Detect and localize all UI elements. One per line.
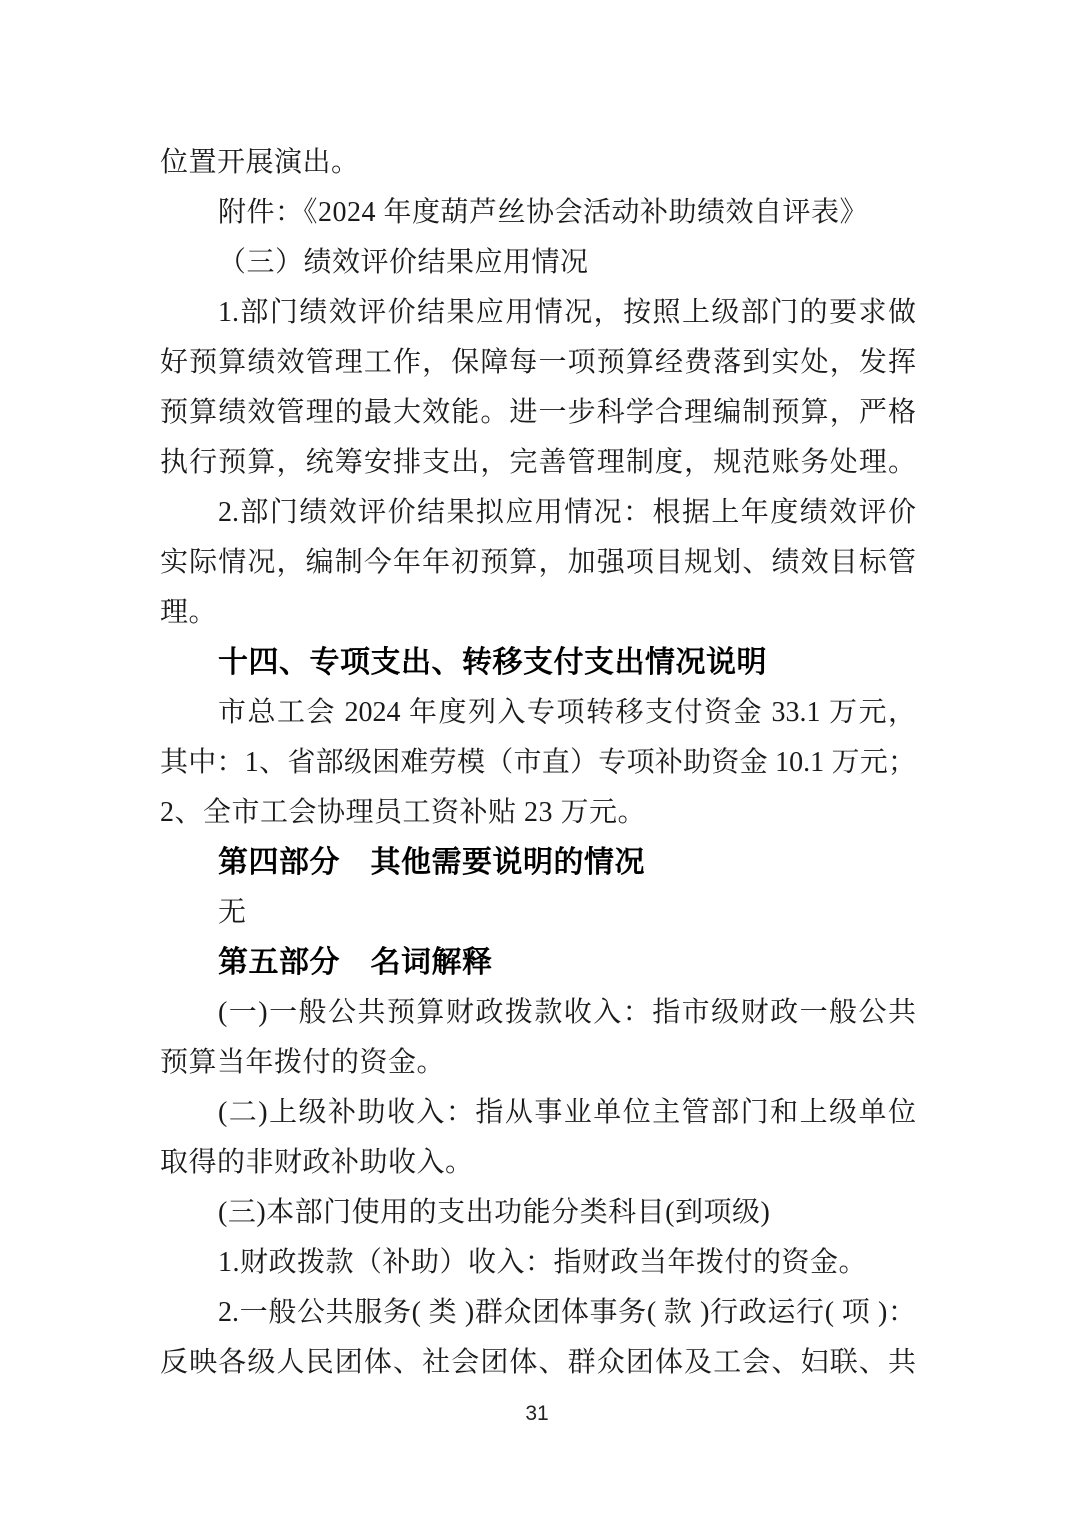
paragraph-line: 取得的非财政补助收入。 [160,1138,916,1188]
paragraph-line: (三)本部门使用的支出功能分类科目(到项级) [160,1188,916,1238]
paragraph-line: 执行预算，统筹安排支出，完善管理制度，规范账务处理。 [160,438,916,488]
heading-special-expenditure: 十四、专项支出、转移支付支出情况说明 [160,638,916,688]
paragraph-line: 好预算绩效管理工作，保障每一项预算经费落到实处，发挥 [160,338,916,388]
paragraph-line: (二)上级补助收入：指从事业单位主管部门和上级单位 [160,1088,916,1138]
paragraph-line: (一)一般公共预算财政拨款收入：指市级财政一般公共 [160,988,916,1038]
paragraph-line: 理。 [160,588,916,638]
document-body: 位置开展演出。 附件：《2024 年度葫芦丝协会活动补助绩效自评表》 （三）绩效… [160,138,916,1388]
page-number: 31 [0,1402,1074,1426]
paragraph-line: 1.部门绩效评价结果应用情况，按照上级部门的要求做 [160,288,916,338]
paragraph-line: 其中：1、省部级困难劳模（市直）专项补助资金 10.1 万元； [160,738,916,788]
paragraph-line: 实际情况，编制今年年初预算，加强项目规划、绩效目标管 [160,538,916,588]
attachment-reference-line: 附件：《2024 年度葫芦丝协会活动补助绩效自评表》 [160,188,916,238]
paragraph-line: 2、全市工会协理员工资补贴 23 万元。 [160,788,916,838]
subsection-heading-three: （三）绩效评价结果应用情况 [160,238,916,288]
paragraph-line: 反映各级人民团体、社会团体、群众团体及工会、妇联、共 [160,1338,916,1388]
paragraph-line: 预算当年拨付的资金。 [160,1038,916,1088]
document-page: 位置开展演出。 附件：《2024 年度葫芦丝协会活动补助绩效自评表》 （三）绩效… [0,0,1074,1520]
paragraph-line: 预算绩效管理的最大效能。进一步科学合理编制预算，严格 [160,388,916,438]
heading-part-four: 第四部分 其他需要说明的情况 [160,838,916,888]
paragraph-line-none: 无 [160,888,916,938]
heading-part-five: 第五部分 名词解释 [160,938,916,988]
paragraph-line: 位置开展演出。 [160,138,916,188]
paragraph-line: 2.一般公共服务( 类 )群众团体事务( 款 )行政运行( 项 )： [160,1288,916,1338]
paragraph-line: 市总工会 2024 年度列入专项转移支付资金 33.1 万元， [160,688,916,738]
paragraph-line: 2.部门绩效评价结果拟应用情况：根据上年度绩效评价 [160,488,916,538]
paragraph-line: 1.财政拨款（补助）收入：指财政当年拨付的资金。 [160,1238,916,1288]
